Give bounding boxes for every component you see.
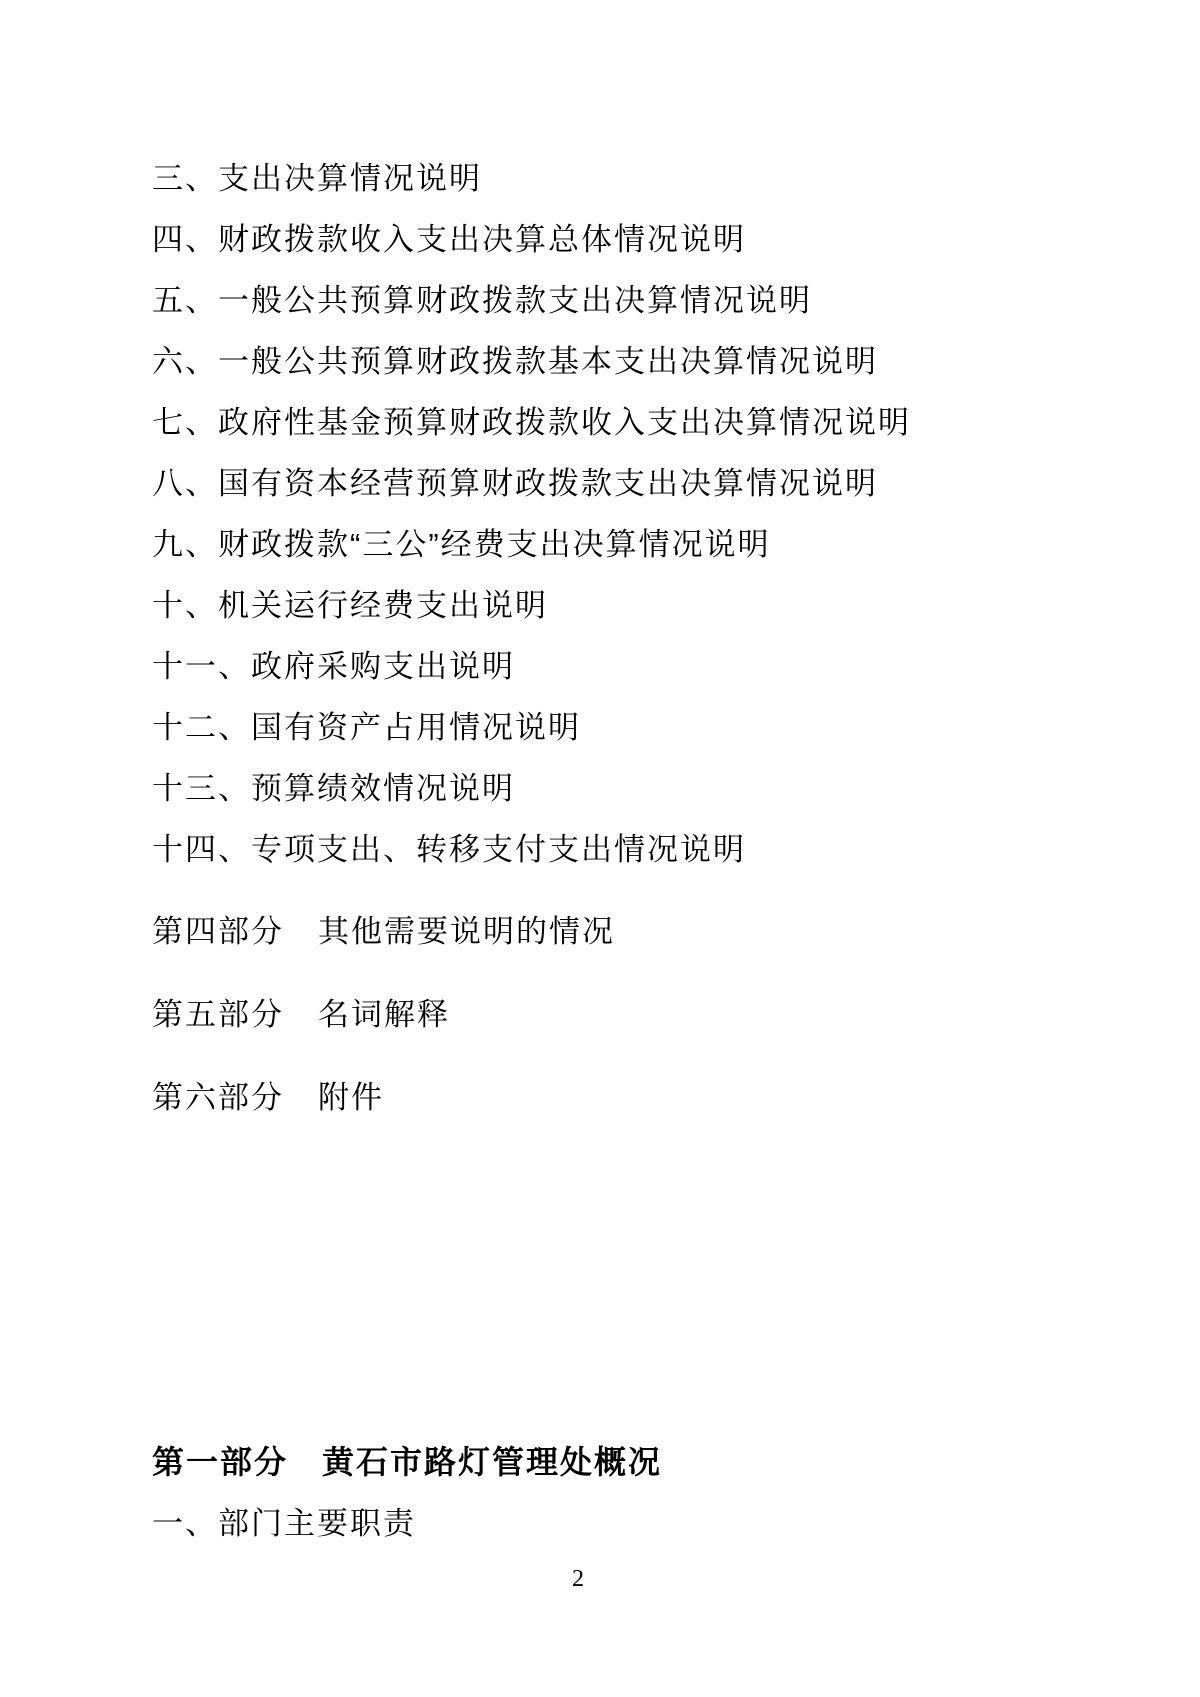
toc-part-heading: 第四部分其他需要说明的情况 <box>152 890 615 973</box>
toc-item: 十二、国有资产占用情况说明 <box>152 697 911 758</box>
toc-item: 九、财政拨款“三公”经费支出决算情况说明 <box>152 514 911 575</box>
section-subheading: 一、部门主要职责 <box>152 1494 416 1554</box>
part-title: 附件 <box>318 1080 384 1115</box>
part-title: 名词解释 <box>318 997 450 1032</box>
toc-item: 八、国有资本经营预算财政拨款支出决算情况说明 <box>152 453 911 514</box>
toc-item: 十、机关运行经费支出说明 <box>152 575 911 636</box>
part-label: 第一部分 <box>152 1432 288 1492</box>
toc-part-heading: 第五部分名词解释 <box>152 973 615 1056</box>
toc-part-heading: 第六部分附件 <box>152 1056 615 1139</box>
page-number: 2 <box>152 1566 1004 1593</box>
toc-part-headings: 第四部分其他需要说明的情况 第五部分名词解释 第六部分附件 <box>152 890 615 1139</box>
table-of-contents: 三、支出决算情况说明 四、财政拨款收入支出决算总体情况说明 五、一般公共预算财政… <box>152 148 911 880</box>
part-label: 第四部分 <box>152 890 284 973</box>
toc-item: 十一、政府采购支出说明 <box>152 636 911 697</box>
part-label: 第五部分 <box>152 973 284 1056</box>
document-part-heading: 第一部分黄石市路灯管理处概况 <box>152 1432 662 1492</box>
toc-item: 十四、专项支出、转移支付支出情况说明 <box>152 819 911 880</box>
toc-item: 六、一般公共预算财政拨款基本支出决算情况说明 <box>152 331 911 392</box>
toc-item: 五、一般公共预算财政拨款支出决算情况说明 <box>152 270 911 331</box>
toc-item: 四、财政拨款收入支出决算总体情况说明 <box>152 209 911 270</box>
toc-item: 三、支出决算情况说明 <box>152 148 911 209</box>
toc-item: 十三、预算绩效情况说明 <box>152 758 911 819</box>
part-title: 其他需要说明的情况 <box>318 914 615 949</box>
toc-item: 七、政府性基金预算财政拨款收入支出决算情况说明 <box>152 392 911 453</box>
part-label: 第六部分 <box>152 1056 284 1139</box>
document-page: 三、支出决算情况说明 四、财政拨款收入支出决算总体情况说明 五、一般公共预算财政… <box>0 0 1200 1697</box>
part-title: 黄石市路灯管理处概况 <box>322 1444 662 1480</box>
